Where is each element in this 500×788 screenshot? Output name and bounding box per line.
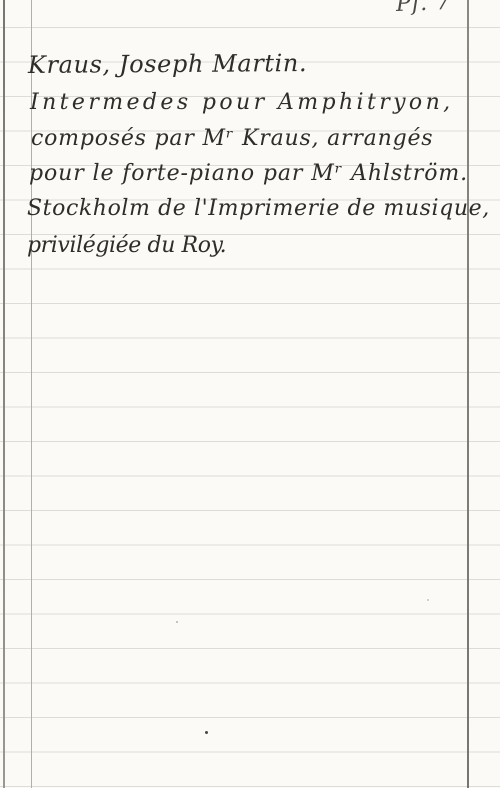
page-edge-left-rule: [3, 0, 5, 788]
ink-speck: [176, 621, 178, 623]
author-heading: Kraus, Joseph Martin.: [28, 51, 307, 77]
catalog-card-page: Pf. 7 Kraus, Joseph Martin. Intermedes p…: [0, 0, 500, 788]
entry-line: Stockholm de l'Imprimerie de musique,: [27, 198, 490, 220]
entry-line: composés par Mʳ Kraus, arrangés: [31, 128, 433, 150]
right-margin-rule: [467, 0, 469, 788]
ink-speck: [205, 731, 208, 734]
entry-line: pour le forte-piano par Mʳ Ahlström.: [29, 163, 468, 185]
entry-line: Intermedes pour Amphitryon,: [30, 92, 454, 114]
shelfmark: Pf. 7: [396, 0, 452, 16]
left-margin-rule: [31, 0, 32, 788]
entry-line: privilégiée du Roy.: [27, 235, 226, 257]
ink-speck: [427, 599, 429, 601]
